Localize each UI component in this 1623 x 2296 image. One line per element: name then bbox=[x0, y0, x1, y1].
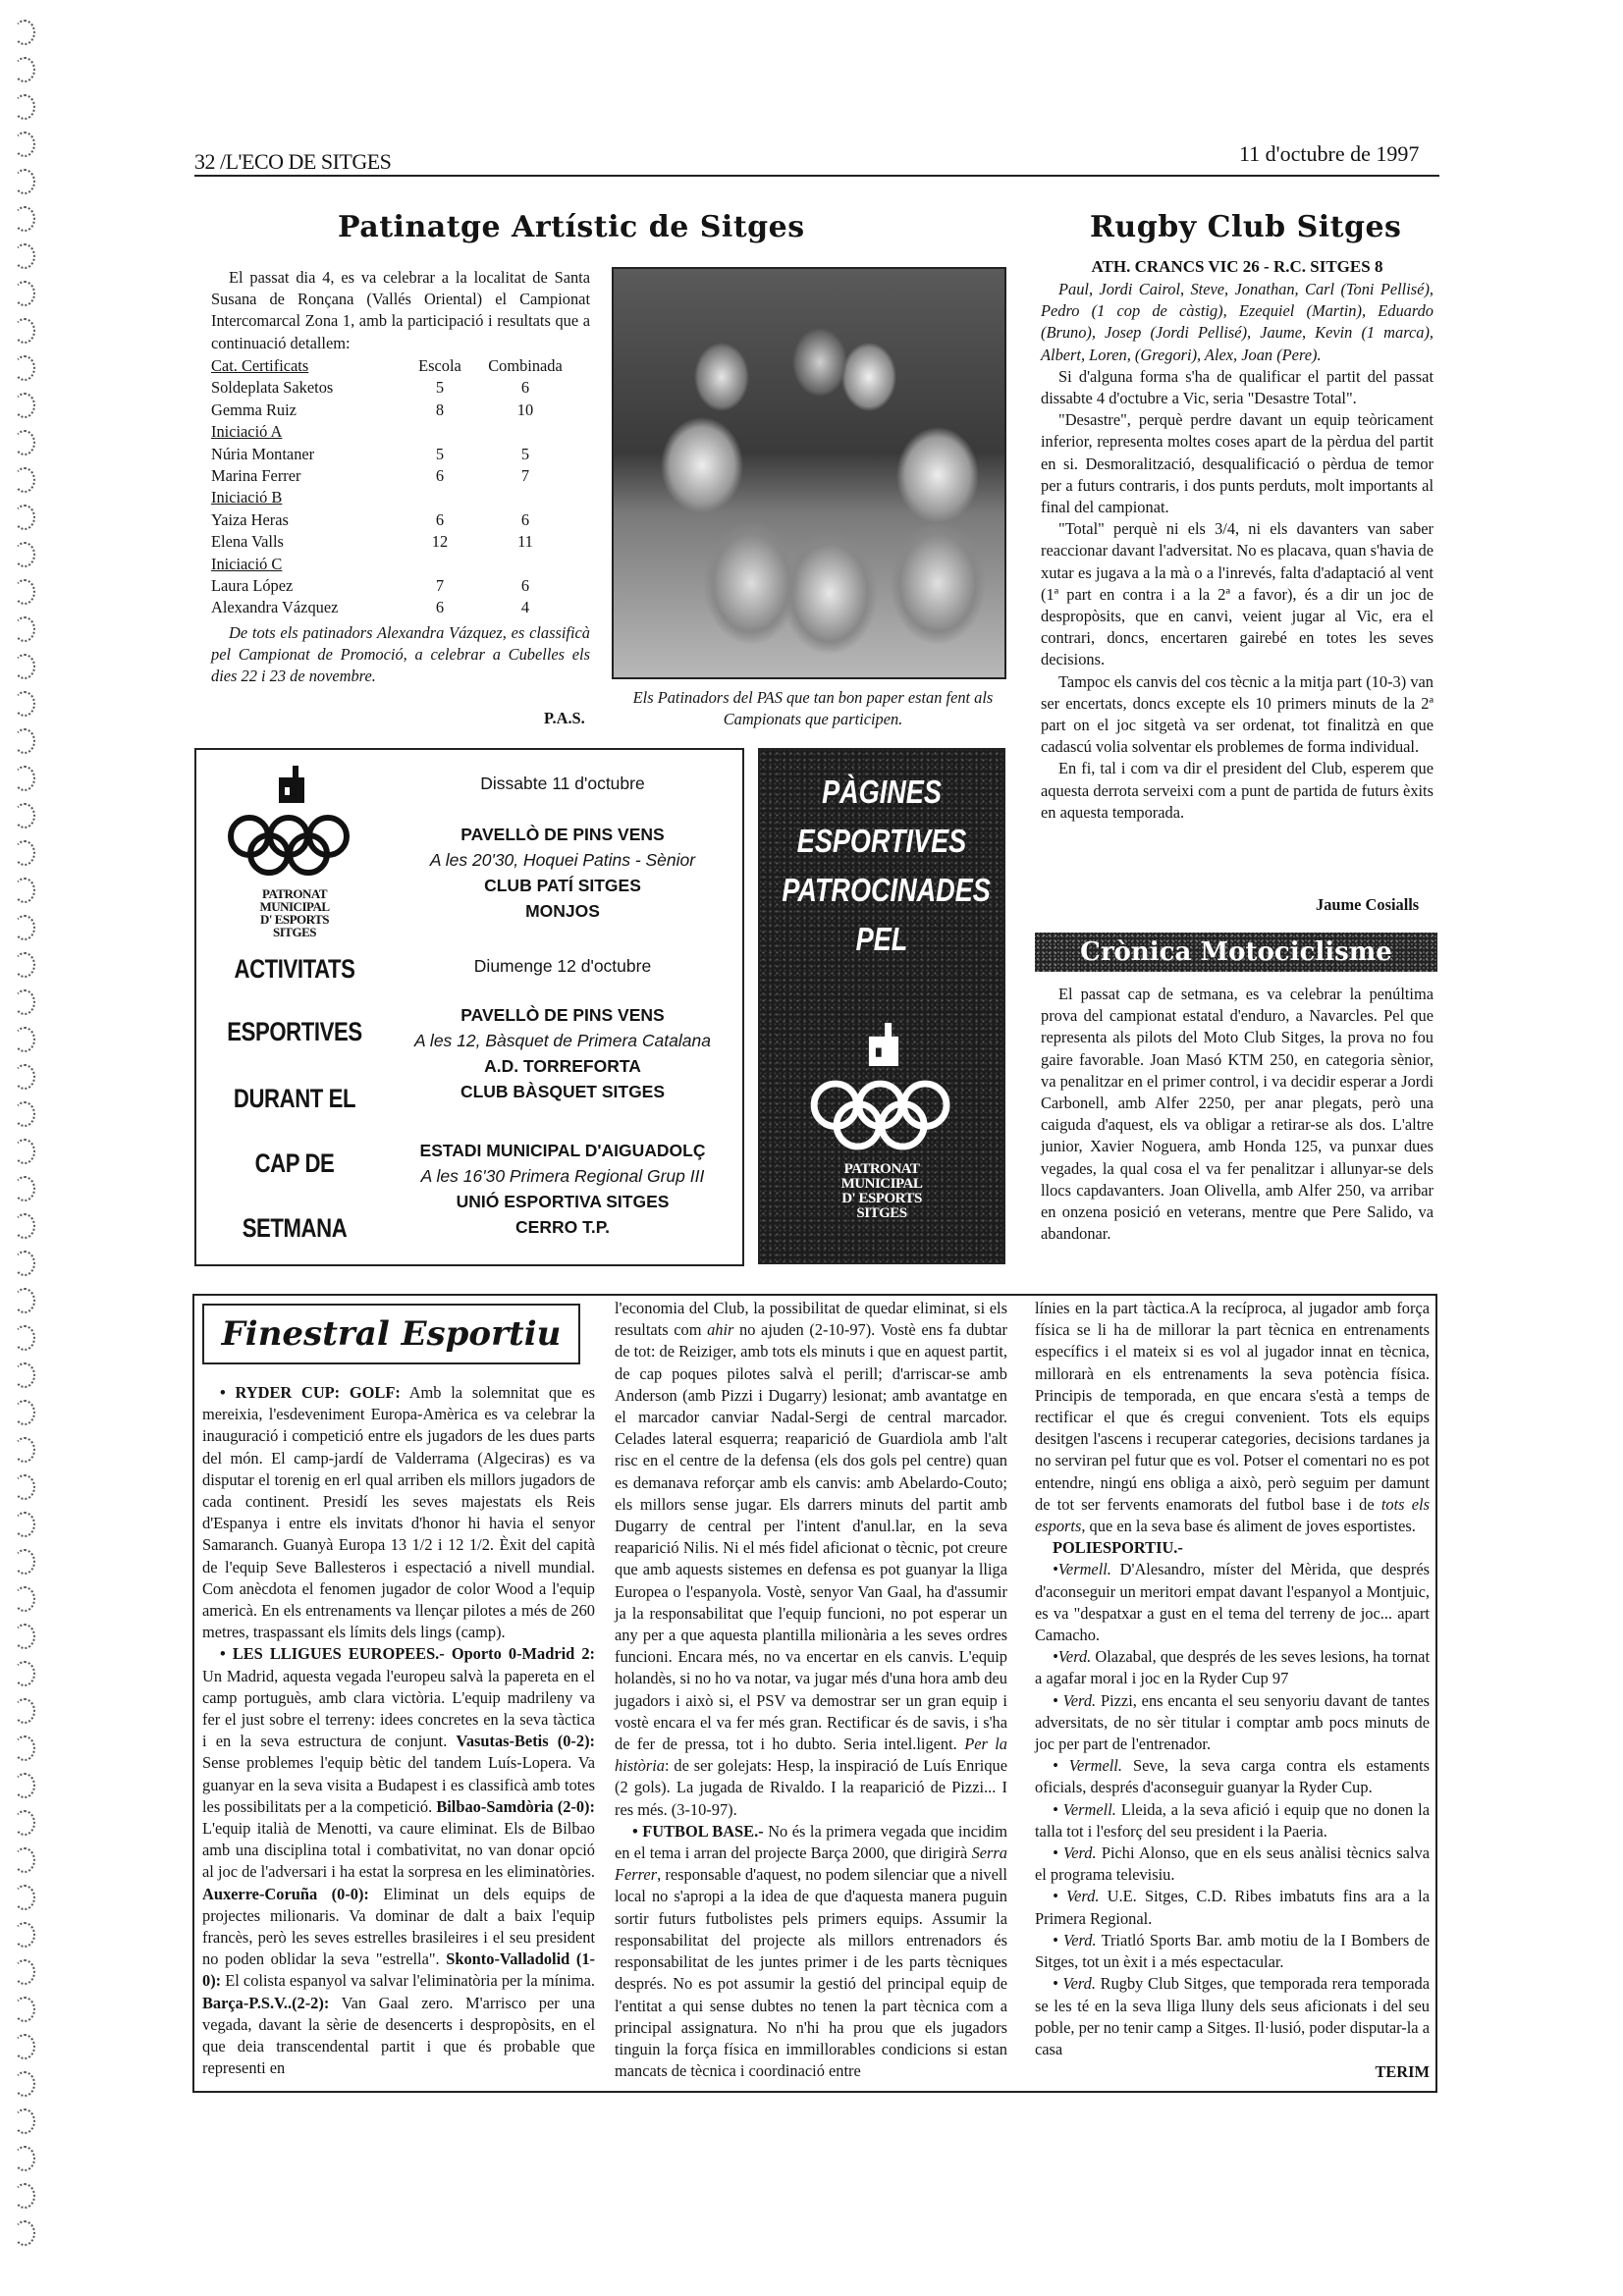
ring-icon bbox=[14, 1661, 35, 1686]
sponsor-box: PÀGINES ESPORTIVES PATROCINADES PEL PATR… bbox=[758, 748, 1005, 1264]
schedule-team: MONJOS bbox=[383, 899, 742, 923]
ring-icon bbox=[14, 803, 35, 828]
rugby-signature: Jaume Cosialls bbox=[1316, 895, 1419, 915]
schedule-team: CERRO T.P. bbox=[383, 1215, 742, 1239]
verdict-tag: • Vermell. bbox=[1053, 1800, 1116, 1819]
ryder-cup-item: • RYDER CUP: GOLF: Amb la solemnitat que… bbox=[202, 1382, 595, 1643]
ring-icon bbox=[14, 1362, 35, 1388]
activities-title-word: CAP DE bbox=[214, 1148, 375, 1179]
sponsor-line: PATROCINADES bbox=[782, 866, 981, 915]
verdict-item: • Verd. Rugby Club Sitges, que temporada… bbox=[1035, 1973, 1430, 2060]
ring-icon bbox=[14, 1213, 35, 1239]
ring-icon bbox=[14, 1437, 35, 1463]
header-rule bbox=[194, 175, 1439, 177]
category-label: Iniciació B bbox=[211, 487, 404, 508]
lligues-item: • LES LLIGUES EUROPEES.- Oporto 0-Madrid… bbox=[202, 1643, 595, 2079]
ring-icon bbox=[14, 579, 35, 605]
score-combinada: 6 bbox=[476, 575, 574, 597]
rugby-paragraph: Si d'alguna forma s'ha de qualificar el … bbox=[1041, 366, 1434, 409]
category-row: Iniciació B bbox=[211, 487, 584, 508]
ring-icon bbox=[14, 20, 35, 45]
futbol-base-item: • FUTBOL BASE.- No és la primera vegada … bbox=[615, 1821, 1007, 2082]
sponsor-line: PEL bbox=[782, 915, 981, 964]
schedule-venue: ESTADI MUNICIPAL D'AIGUADOLÇ bbox=[383, 1139, 742, 1162]
ring-icon bbox=[14, 840, 35, 866]
patronat-logo-text: PATRONAT MUNICIPAL D' ESPORTS SITGES bbox=[196, 887, 393, 938]
activities-schedule: Dissabte 11 d'octubre PAVELLÒ DE PINS VE… bbox=[383, 750, 742, 1264]
results-row: Marina Ferrer67 bbox=[211, 465, 584, 487]
score-escola: 12 bbox=[404, 531, 476, 553]
ring-icon bbox=[14, 467, 35, 493]
verdict-tag: • Vermell. bbox=[1053, 1756, 1122, 1775]
item-text: Amb la solemnitat que es mereixia, l'esd… bbox=[202, 1383, 595, 1641]
finestral-column-1: • RYDER CUP: GOLF: Amb la solemnitat que… bbox=[202, 1382, 595, 2080]
score-combinada: 4 bbox=[476, 597, 574, 618]
weekend-activities-box: PATRONAT MUNICIPAL D' ESPORTS SITGES ACT… bbox=[194, 748, 744, 1266]
category-row: Iniciació A bbox=[211, 421, 584, 443]
patinatge-signature: P.A.S. bbox=[544, 709, 585, 728]
activities-title-word: ACTIVITATS bbox=[214, 954, 375, 985]
match-heading: Auxerre-Coruña (0-0): bbox=[202, 1885, 369, 1903]
item-text: , responsable d'aquest, no podem silenci… bbox=[615, 1865, 1007, 2080]
verdict-item: •Verd. Olazabal, que després de les seve… bbox=[1035, 1646, 1430, 1689]
item-heading: • FUTBOL BASE.- bbox=[632, 1822, 764, 1841]
results-row: Yaiza Heras66 bbox=[211, 509, 584, 531]
ring-icon bbox=[14, 1549, 35, 1575]
ring-icon bbox=[14, 1027, 35, 1052]
ring-icon bbox=[14, 1810, 35, 1836]
patinatge-headline: Patinatge Artístic de Sitges bbox=[338, 210, 805, 244]
skater-name: Núria Montaner bbox=[211, 444, 404, 465]
ring-icon bbox=[14, 952, 35, 978]
ring-icon bbox=[14, 691, 35, 717]
sponsor-line: PÀGINES bbox=[782, 768, 981, 817]
ring-icon bbox=[14, 1139, 35, 1164]
ring-icon bbox=[14, 1512, 35, 1537]
skater-name: Yaiza Heras bbox=[211, 509, 404, 531]
verdict-item: • Vermell. Lleida, a la seva afició i eq… bbox=[1035, 1799, 1430, 1842]
score-escola: 6 bbox=[404, 509, 476, 531]
verdict-tag: • Verd. bbox=[1053, 1974, 1096, 1993]
barca-continuation: l'economia del Club, la possibilitat de … bbox=[615, 1298, 1007, 1821]
schedule-team: A.D. TORREFORTA bbox=[383, 1054, 742, 1078]
schedule-time: A les 16'30 Primera Regional Grup III bbox=[383, 1164, 742, 1188]
ring-icon bbox=[14, 169, 35, 194]
olympic-rings-icon bbox=[228, 811, 355, 880]
results-row: Alexandra Vázquez64 bbox=[211, 597, 584, 618]
score-combinada: 7 bbox=[476, 465, 574, 487]
skater-name: Elena Valls bbox=[211, 531, 404, 553]
results-row: Laura López76 bbox=[211, 575, 584, 597]
verdict-tag: • Verd. bbox=[1053, 1931, 1097, 1949]
item-heading: • RYDER CUP: GOLF: bbox=[220, 1383, 401, 1402]
schedule-time: A les 20'30, Hoquei Patins - Sènior bbox=[383, 848, 742, 872]
ring-icon bbox=[14, 766, 35, 791]
ring-icon bbox=[14, 355, 35, 381]
verdict-item: • Verd. Triatló Sports Bar. amb motiu de… bbox=[1035, 1930, 1430, 1973]
ring-icon bbox=[14, 393, 35, 418]
ring-icon bbox=[14, 989, 35, 1015]
score-combinada: 6 bbox=[476, 377, 574, 399]
skater-name: Laura López bbox=[211, 575, 404, 597]
ring-icon bbox=[14, 542, 35, 567]
results-header-row: Cat. Certificats Escola Combinada bbox=[211, 355, 584, 377]
rugby-score: ATH. CRANCS VIC 26 - R.C. SITGES 8 bbox=[1041, 257, 1434, 277]
schedule-day: Diumenge 12 d'octubre bbox=[383, 954, 742, 978]
ring-icon bbox=[14, 2183, 35, 2209]
ring-icon bbox=[14, 728, 35, 754]
skater-name: Gemma Ruiz bbox=[211, 400, 404, 421]
ring-icon bbox=[14, 1997, 35, 2022]
ring-icon bbox=[14, 878, 35, 903]
ring-icon bbox=[14, 206, 35, 232]
item-text: línies en la part tàctica.A la recíproca… bbox=[1035, 1299, 1430, 1514]
rugby-article: Paul, Jordi Cairol, Steve, Jonathan, Car… bbox=[1041, 279, 1434, 824]
ring-icon bbox=[14, 1064, 35, 1090]
item-text: Olazabal, que després de les seves lesio… bbox=[1035, 1647, 1430, 1687]
ring-icon bbox=[14, 1624, 35, 1649]
verdict-item: • Verd. Pichi Alonso, que en els seus an… bbox=[1035, 1842, 1430, 1886]
binding-rings bbox=[10, 20, 39, 2277]
ring-icon bbox=[14, 1698, 35, 1724]
results-row: Elena Valls1211 bbox=[211, 531, 584, 553]
verdict-item: •Vermell. D'Alesandro, míster del Mèrida… bbox=[1035, 1559, 1430, 1646]
ring-icon bbox=[14, 1251, 35, 1276]
ring-icon bbox=[14, 1773, 35, 1798]
org-line: MUNICIPAL bbox=[760, 1177, 1003, 1192]
activities-title-word: DURANT EL bbox=[214, 1084, 375, 1114]
schedule-time: A les 12, Bàsquet de Primera Catalana bbox=[383, 1029, 742, 1052]
ring-icon bbox=[14, 1101, 35, 1127]
futbol-base-continuation: línies en la part tàctica.A la recíproca… bbox=[1035, 1298, 1430, 1537]
ring-icon bbox=[14, 318, 35, 344]
finestral-column-3: línies en la part tàctica.A la recíproca… bbox=[1035, 1298, 1430, 2084]
score-escola: 6 bbox=[404, 465, 476, 487]
ring-icon bbox=[14, 430, 35, 455]
ring-icon bbox=[14, 2109, 35, 2134]
results-table: Cat. Certificats Escola Combinada Soldep… bbox=[211, 355, 584, 619]
page-header-date: 11 d'octubre de 1997 bbox=[1239, 141, 1419, 167]
verdict-item: • Verd. Pizzi, ens encanta el seu senyor… bbox=[1035, 1690, 1430, 1756]
ring-icon bbox=[14, 1586, 35, 1612]
ring-icon bbox=[14, 2034, 35, 2059]
results-row: Núria Montaner55 bbox=[211, 444, 584, 465]
col-header-combinada: Combinada bbox=[476, 355, 574, 377]
castle-logo-icon bbox=[277, 766, 306, 803]
ring-icon bbox=[14, 2220, 35, 2246]
verdict-tag: •Verd. bbox=[1053, 1647, 1091, 1666]
score-escola: 5 bbox=[404, 444, 476, 465]
photo-caption: Els Patinadors del PAS que tan bon paper… bbox=[617, 687, 1009, 730]
score-escola: 7 bbox=[404, 575, 476, 597]
ring-icon bbox=[14, 654, 35, 679]
schedule-team: CLUB PATÍ SITGES bbox=[383, 874, 742, 897]
schedule-team: UNIÓ ESPORTIVA SITGES bbox=[383, 1190, 742, 1213]
ring-icon bbox=[14, 1847, 35, 1873]
match-heading: Vasutas-Betis (0-2): bbox=[456, 1732, 595, 1750]
activities-left-panel: PATRONAT MUNICIPAL D' ESPORTS SITGES ACT… bbox=[196, 750, 393, 1264]
item-text: L'equip italià de Menotti, va caure elim… bbox=[202, 1819, 595, 1881]
ring-icon bbox=[14, 1735, 35, 1761]
rugby-paragraph: Tampoc els canvis del cos tècnic a la mi… bbox=[1041, 671, 1434, 759]
ring-icon bbox=[14, 243, 35, 269]
ring-icon bbox=[14, 1474, 35, 1500]
verdict-item: • Vermell. Seve, la seva carga contra el… bbox=[1035, 1755, 1430, 1798]
ring-icon bbox=[14, 281, 35, 306]
ring-icon bbox=[14, 1176, 35, 1201]
patinatge-closing: De tots els patinadors Alexandra Vázquez… bbox=[211, 622, 590, 688]
verdict-tag: • Verd. bbox=[1053, 1887, 1099, 1905]
schedule-team: CLUB BÀSQUET SITGES bbox=[383, 1080, 742, 1103]
col-header-escola: Escola bbox=[404, 355, 476, 377]
ring-icon bbox=[14, 1885, 35, 1910]
rugby-paragraph: "Desastre", perquè perdre davant un equi… bbox=[1041, 409, 1434, 518]
score-escola: 6 bbox=[404, 597, 476, 618]
activities-title-word: ESPORTIVES bbox=[214, 1017, 375, 1047]
score-escola: 8 bbox=[404, 400, 476, 421]
score-combinada: 5 bbox=[476, 444, 574, 465]
rugby-paragraph: En fi, tal i com va dir el president del… bbox=[1041, 758, 1434, 824]
skater-name: Soldeplata Saketos bbox=[211, 377, 404, 399]
score-escola: 5 bbox=[404, 377, 476, 399]
ring-icon bbox=[14, 1325, 35, 1351]
item-heading: • LES LLIGUES EUROPEES.- Oporto 0-Madrid… bbox=[220, 1644, 595, 1663]
sponsor-org-text: PATRONAT MUNICIPAL D' ESPORTS SITGES bbox=[760, 1162, 1003, 1221]
ring-icon bbox=[14, 57, 35, 82]
match-heading: Barça-P.S.V..(2-2): bbox=[202, 1994, 329, 2012]
item-text: El colista espanyol va salvar l'eliminat… bbox=[225, 1971, 595, 1990]
ring-icon bbox=[14, 1922, 35, 1948]
item-text: : de ser golejats: Hesp, la inspiració d… bbox=[615, 1756, 1007, 1818]
moto-article: El passat cap de setmana, es va celebrar… bbox=[1041, 984, 1434, 1245]
item-text: , que en la seva base és aliment de jove… bbox=[1081, 1517, 1415, 1535]
ring-icon bbox=[14, 132, 35, 157]
activities-title-word: SETMANA bbox=[214, 1213, 375, 1244]
ring-icon bbox=[14, 915, 35, 940]
ring-icon bbox=[14, 2071, 35, 2097]
match-heading: Bilbao-Samdòria (2-0): bbox=[436, 1797, 595, 1816]
ring-icon bbox=[14, 1959, 35, 1985]
ring-icon bbox=[14, 2146, 35, 2171]
verdict-tag: • Verd. bbox=[1053, 1843, 1097, 1862]
sponsor-line: ESPORTIVES bbox=[782, 817, 981, 866]
org-line: SITGES bbox=[760, 1206, 1003, 1221]
schedule-day: Dissabte 11 d'octubre bbox=[383, 772, 742, 795]
results-row: Soldeplata Saketos56 bbox=[211, 377, 584, 399]
ring-icon bbox=[14, 94, 35, 120]
org-line: PATRONAT bbox=[760, 1162, 1003, 1177]
item-text: no ajuden (2-10-97). Vostè ens fa dubtar… bbox=[615, 1320, 1007, 1753]
category-label: Iniciació C bbox=[211, 554, 404, 575]
ring-icon bbox=[14, 505, 35, 530]
verdict-tag: • Verd. bbox=[1053, 1691, 1096, 1710]
finestral-signature: TERIM bbox=[1035, 2060, 1430, 2084]
score-combinada: 11 bbox=[476, 531, 574, 553]
finestral-title: Finestral Esportiu bbox=[202, 1304, 580, 1364]
ring-icon bbox=[14, 616, 35, 642]
skater-name: Marina Ferrer bbox=[211, 465, 404, 487]
ring-icon bbox=[14, 1400, 35, 1425]
org-line: D' ESPORTS bbox=[760, 1192, 1003, 1206]
verdict-tag: •Vermell. bbox=[1053, 1560, 1111, 1578]
finestral-column-2: l'economia del Club, la possibilitat de … bbox=[615, 1298, 1007, 2082]
skater-name: Alexandra Vázquez bbox=[211, 597, 404, 618]
patinatge-intro: El passat dia 4, es va celebrar a la loc… bbox=[211, 267, 590, 354]
schedule-venue: PAVELLÒ DE PINS VENS bbox=[383, 1003, 742, 1027]
ring-icon bbox=[14, 1288, 35, 1313]
col-header-category: Cat. Certificats bbox=[211, 355, 404, 377]
score-combinada: 10 bbox=[476, 400, 574, 421]
category-label: Iniciació A bbox=[211, 421, 404, 443]
rugby-headline: Rugby Club Sitges bbox=[1090, 210, 1401, 244]
skaters-team-photo bbox=[612, 267, 1006, 679]
score-combinada: 6 bbox=[476, 509, 574, 531]
category-row: Iniciació C bbox=[211, 554, 584, 575]
page-header-publication: 32 /L'ECO DE SITGES bbox=[194, 149, 391, 175]
verdict-item: • Verd. U.E. Sitges, C.D. Ribes imbatuts… bbox=[1035, 1886, 1430, 1929]
olympic-rings-icon bbox=[805, 1076, 962, 1154]
rugby-lineup: Paul, Jordi Cairol, Steve, Jonathan, Car… bbox=[1041, 279, 1434, 366]
rugby-paragraph: "Total" perquè ni els 3/4, ni els davant… bbox=[1041, 518, 1434, 670]
castle-logo-icon bbox=[865, 1023, 902, 1066]
moto-headline: Crònica Motociclisme bbox=[1035, 933, 1437, 972]
item-text: ahir bbox=[707, 1320, 733, 1339]
schedule-venue: PAVELLÒ DE PINS VENS bbox=[383, 823, 742, 846]
poliesportiu-heading: POLIESPORTIU.- bbox=[1035, 1537, 1430, 1559]
results-row: Gemma Ruiz810 bbox=[211, 400, 584, 421]
logo-line: SITGES bbox=[196, 926, 393, 938]
